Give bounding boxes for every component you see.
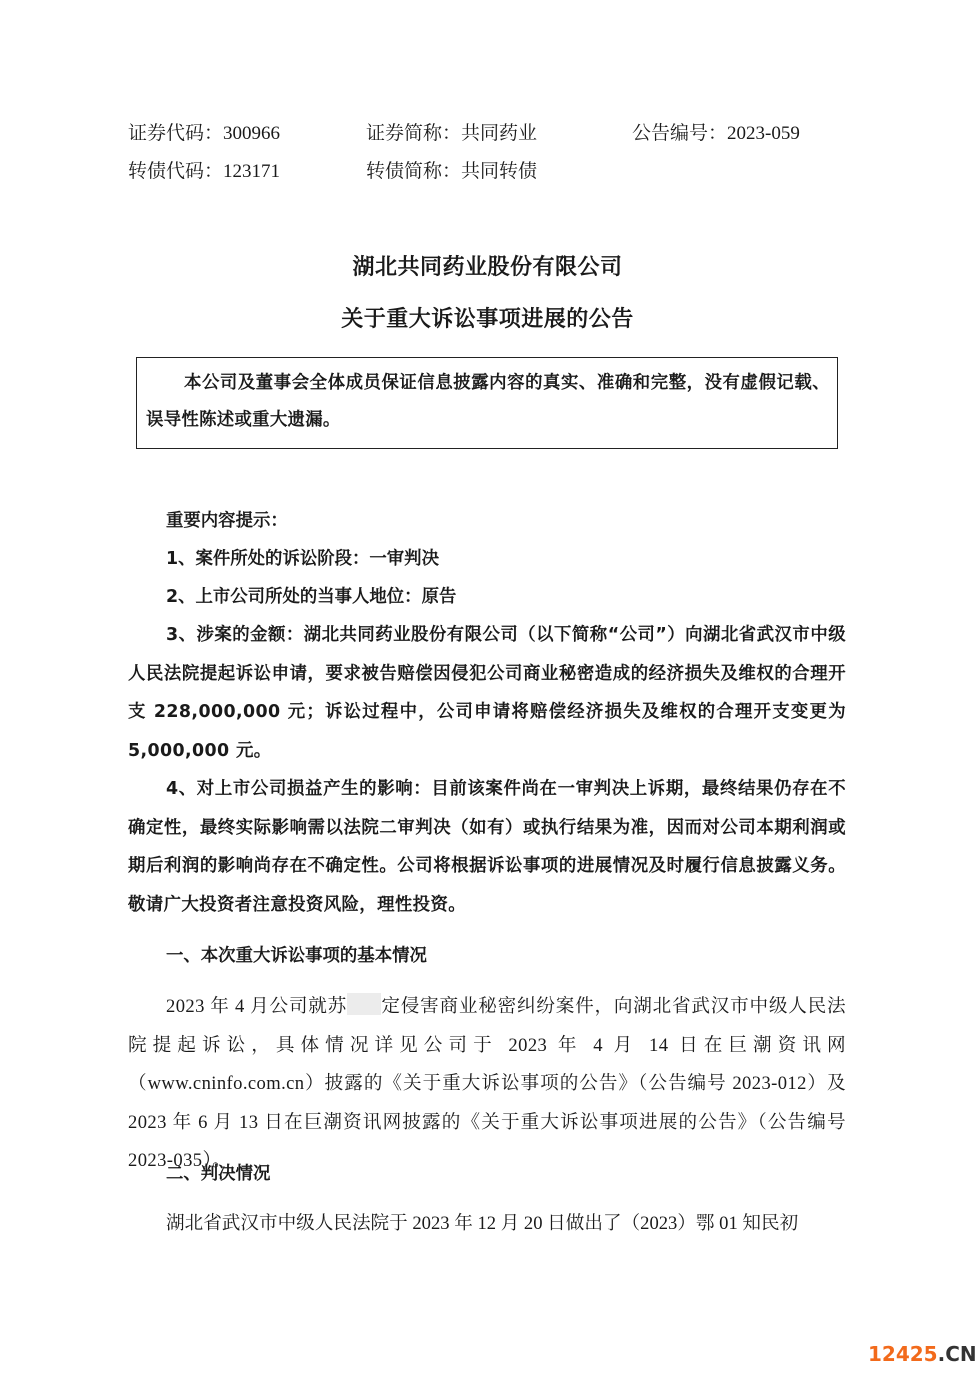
- stock-code: 证券代码：300966: [128, 121, 280, 147]
- section-2-body: 湖北省武汉市中级人民法院于 2023 年 12 月 20 日做出了（2023）鄂…: [166, 1211, 798, 1237]
- highlight-item-1: 1、案件所处的诉讼阶段：一审判决: [166, 546, 439, 572]
- highlight-item-2: 2、上市公司所处的当事人地位：原告: [166, 584, 456, 610]
- highlight-item-3: 3、涉案的金额：湖北共同药业股份有限公司（以下简称“公司”）向湖北省武汉市中级人…: [128, 616, 846, 770]
- bond-short-name: 转债简称：共同转债: [366, 159, 537, 185]
- watermark-domain: .CN: [938, 1342, 975, 1366]
- watermark-number: 12425: [868, 1342, 938, 1366]
- section-1-body-end: 定侵害商业秘密纠纷案件，向湖北省武汉市中级人民法院提起诉讼，具体情况详见公司于 …: [128, 996, 846, 1171]
- company-title: 湖北共同药业股份有限公司: [0, 253, 975, 283]
- disclaimer-text: 本公司及董事会全体成员保证信息披露内容的真实、准确和完整，没有虚假记载、误导性陈…: [146, 365, 830, 439]
- announcement-title: 关于重大诉讼事项进展的公告: [0, 305, 975, 335]
- highlights-heading: 重要内容提示：: [166, 508, 288, 534]
- document-page: 证券代码：300966 证券简称：共同药业 公告编号：2023-059 转债代码…: [0, 0, 975, 1377]
- redacted-name: [347, 993, 381, 1015]
- section-1-body-start: 2023 年 4 月公司就苏: [166, 996, 347, 1017]
- bond-code: 转债代码：123171: [128, 159, 280, 185]
- disclaimer-box: 本公司及董事会全体成员保证信息披露内容的真实、准确和完整，没有虚假记载、误导性陈…: [136, 357, 838, 449]
- highlight-item-4: 4、对上市公司损益产生的影响：目前该案件尚在一审判决上诉期，最终结果仍存在不确定…: [128, 770, 846, 924]
- stock-short-name: 证券简称：共同药业: [366, 121, 537, 147]
- announcement-number: 公告编号：2023-059: [632, 121, 800, 147]
- site-watermark: 12425.CN: [868, 1341, 975, 1367]
- section-1-body: 2023 年 4 月公司就苏定侵害商业秘密纠纷案件，向湖北省武汉市中级人民法院提…: [128, 988, 846, 1181]
- section-2-heading: 二、判决情况: [166, 1161, 270, 1187]
- section-1-heading: 一、本次重大诉讼事项的基本情况: [166, 943, 427, 969]
